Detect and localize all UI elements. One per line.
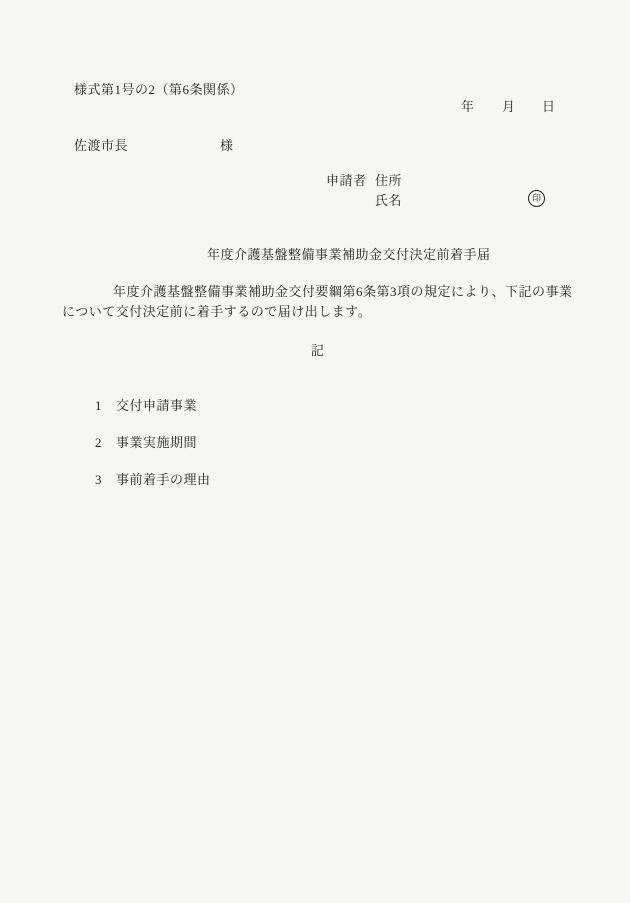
date-day-label: 日 [542, 99, 556, 115]
section-marker: 記 [311, 343, 325, 359]
document-title: 年度介護基盤整備事業補助金交付決定前着手届 [207, 247, 491, 263]
body-text-line-2: について交付決定前に着手するので届け出します。 [62, 304, 371, 320]
applicant-address-label: 住所 [375, 173, 402, 189]
date-month-label: 月 [502, 99, 516, 115]
document-page: 様式第1号の2（第6条関係） 年 月 日 佐渡市長 様 申請者 住所 氏名 印 … [0, 0, 630, 903]
list-item-label: 事前着手の理由 [116, 472, 211, 487]
form-number: 様式第1号の2（第6条関係） [74, 82, 244, 98]
applicant-label: 申請者 [326, 173, 367, 189]
date-year-label: 年 [461, 99, 475, 115]
applicant-name-label: 氏名 [375, 193, 402, 209]
list-item-number: 1 [95, 398, 116, 414]
addressee-honorific: 様 [220, 138, 234, 154]
addressee-name: 佐渡市長 [74, 138, 128, 154]
body-text-line-1: 年度介護基盤整備事業補助金交付要綱第6条第3項の規定により、下記の事業 [113, 284, 573, 300]
list-item-label: 事業実施期間 [116, 435, 197, 450]
seal-mark-icon: 印 [528, 190, 545, 207]
list-item-number: 3 [95, 472, 116, 488]
list-item-number: 2 [95, 435, 116, 451]
list-item-label: 交付申請事業 [116, 398, 197, 413]
list-item: 3事前着手の理由 [80, 456, 211, 505]
